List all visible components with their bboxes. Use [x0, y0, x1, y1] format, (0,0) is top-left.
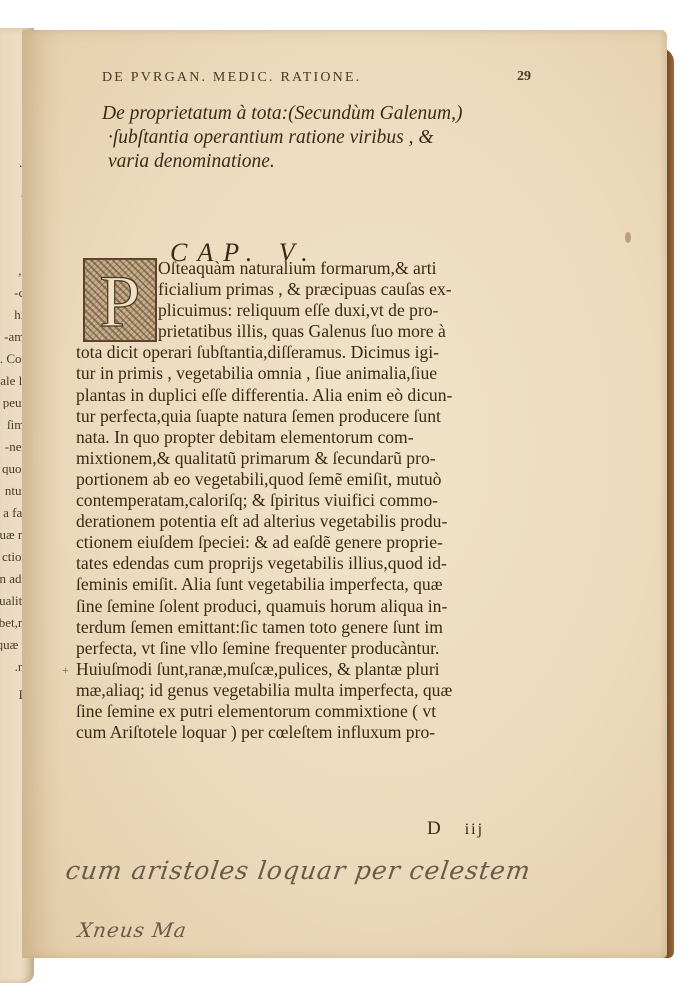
text-line: ſine ſemine ſolent produci, quamuis horu…: [76, 596, 516, 617]
text-line: perfecta, vt ſine vllo ſemine frequenter…: [76, 638, 516, 659]
handwritten-note: Xneus Ma: [76, 918, 188, 942]
text-line: tur in primis , vegetabilia omnia , ſiue…: [76, 363, 516, 384]
text-line: portionem ab eo vegetabili,quod ſemẽ emi…: [76, 469, 516, 490]
text-line: Huiuſmodi ſunt,ranæ,muſcæ,pulices, & pla…: [76, 659, 516, 680]
text-line: nata. In quo propter debitam elementorum…: [76, 427, 516, 448]
text-line: plicuimus: reliquum eſſe duxi,vt de pro-: [76, 300, 516, 321]
text-line: plantas in duplici eſſe differentia. Ali…: [76, 385, 516, 406]
text-line: ſine ſemine ex putri elementorum commixt…: [76, 701, 516, 722]
signature-mark: Diij: [427, 818, 484, 840]
text-line: terdum ſemen emittant:ſic tamen toto gen…: [76, 617, 516, 638]
text-line: tur perfecta,quia ſuapte natura ſemen pr…: [76, 406, 516, 427]
text-line: ctionem eiuſdem ſpeciei: & ad eaſdẽ gene…: [76, 532, 516, 553]
text-line: tates edendas cum proprijs vegetabilis i…: [76, 553, 516, 574]
section-title: De proprietatum à tota:(Secundùm Galenum…: [102, 102, 562, 174]
text-line: prietatibus illis, quas Galenus ſuo more…: [76, 321, 516, 342]
text-line: tota dicit operari ſubſtantia,diſſeramus…: [76, 342, 516, 363]
text-line: Oſteaquàm naturalium formarum,& arti: [76, 258, 516, 279]
page-gutter-shadow: [22, 30, 62, 958]
body-text: Oſteaquàm naturalium formarum,& arti fic…: [76, 258, 516, 743]
title-line: De proprietatum à tota:(Secundùm Galenum…: [102, 102, 562, 126]
text-line: cum Ariſtotele loquar ) per cœleſtem inf…: [76, 722, 516, 743]
text-line: contemperatam,caloriſq; & ſpiritus viuif…: [76, 490, 516, 511]
signature-folio: iij: [465, 821, 484, 838]
title-line: varia denominatione.: [102, 150, 562, 174]
book-page: DE PVRGAN. MEDIC. RATIONE. 29 De proprie…: [22, 30, 667, 958]
handwritten-note: cum aristoles loquar per celestem: [64, 856, 533, 885]
title-line: ·ſubſtantia operantium ratione viribus ,…: [102, 126, 562, 150]
ink-stain: [625, 232, 631, 243]
text-line: derationem potentia eſt ad alterius vege…: [76, 511, 516, 532]
text-line: ſeminis emiſit. Alia ſunt vegetabilia im…: [76, 574, 516, 595]
text-line: mixtionem,& qualitatũ primarum & ſecunda…: [76, 448, 516, 469]
text-line: ficialium primas , & præcipuas cauſas ex…: [76, 279, 516, 300]
signature-letter: D: [427, 818, 443, 839]
page-number: 29: [517, 69, 531, 85]
text-line: mæ,aliaq; id genus vegetabilia multa imp…: [76, 680, 516, 701]
margin-mark: +: [62, 663, 69, 678]
running-head: DE PVRGAN. MEDIC. RATIONE.: [102, 70, 542, 86]
